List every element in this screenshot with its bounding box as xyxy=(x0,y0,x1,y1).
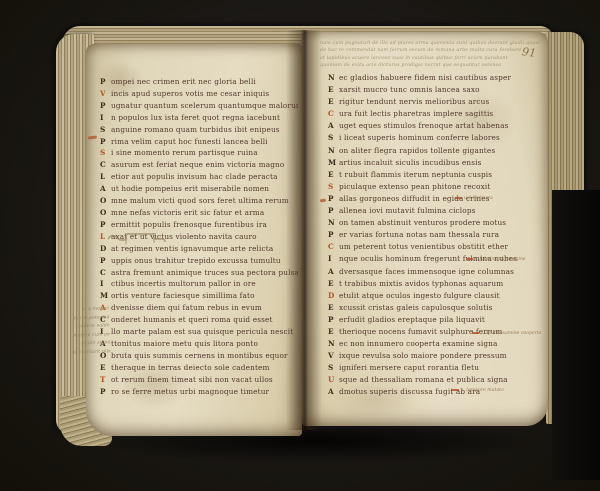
verse-line: Nec non innumero cooperta examine signa xyxy=(328,338,534,350)
line-initial: V xyxy=(100,88,106,100)
verse-line: In populos lux ista feret quot regna iac… xyxy=(100,112,298,124)
line-initial: S xyxy=(100,147,105,159)
verse-line: Casurum est feriat neque enim victoria m… xyxy=(100,159,298,171)
line-initial: A xyxy=(100,183,106,195)
line-text: ugnatur quantum scelerum quantumque malo… xyxy=(111,101,298,110)
line-text: on tamen abstinuit venturos prodere motu… xyxy=(339,218,506,227)
line-text: ec non innumero cooperta examine signa xyxy=(339,339,498,348)
line-text: anguine romano quam turbidus ibit enipeu… xyxy=(111,125,280,134)
verse-line: Pro se ferre metus urbi magnoque timetur xyxy=(100,386,298,398)
line-text: igniferi mersere caput rorantia fletu xyxy=(339,363,479,372)
line-text: ctibus incertis multorum pallor in ore xyxy=(111,279,256,288)
line-initial: P xyxy=(100,255,106,267)
verse-line: Excussit cristas galeis capulosque solut… xyxy=(328,302,534,314)
line-text: asurum est feriat neque enim victoria ma… xyxy=(111,160,284,169)
line-text: allenea iovi mutavit fulmina ciclops xyxy=(339,206,476,215)
verse-line: Vincis apud superos votis me cesar iniqu… xyxy=(100,88,298,100)
verse-line: Mortis venture faciesque simillima fato xyxy=(100,290,298,302)
line-text: rima velim caput hoc funesti lancea bell… xyxy=(111,137,268,146)
verse-line: Auget eques stimulos frenoque artat habe… xyxy=(328,120,534,132)
line-text: theraque in terras deiecto sole cadentem xyxy=(111,363,270,372)
line-text: sque ad thessaliam romana et publica sig… xyxy=(339,375,508,384)
line-initial: E xyxy=(328,96,334,108)
book-cover-sliver xyxy=(552,190,600,480)
line-text: mne malum victi quod sors feret ultima r… xyxy=(111,196,289,205)
line-initial: N xyxy=(328,338,335,350)
line-text: rigitur tendunt nervis melioribus arcus xyxy=(339,97,489,106)
line-text: erfudit gladios ereptaque pila liquavit xyxy=(339,315,485,324)
verse-line: Tot rerum finem timeat sibi non vacat ul… xyxy=(100,374,298,386)
line-text: incis apud superos votis me cesar iniqui… xyxy=(111,89,269,98)
verse-line: Obruta quis summis cernens in montibus e… xyxy=(100,350,298,362)
line-text: ut hodie pompeius erit miserabile nomen xyxy=(111,184,269,193)
line-initial: E xyxy=(328,278,334,290)
line-initial: P xyxy=(100,136,106,148)
line-initial: P xyxy=(100,76,106,88)
line-initial: E xyxy=(328,302,334,314)
line-text: t trabibus mixtis avidos typhonas aquaru… xyxy=(339,279,503,288)
line-initial: T xyxy=(100,374,106,386)
verse-line: Letior aut populis invisum hac clade per… xyxy=(100,171,298,183)
line-initial: P xyxy=(100,219,106,231)
gloss-line: nam cum pugnaturi de illo ad plures arma… xyxy=(320,40,542,47)
verse-line: Prima velim caput hoc funesti lancea bel… xyxy=(100,136,298,148)
line-text: ura fuit lectis pharetras implere sagitt… xyxy=(339,109,493,118)
verse-line: Nec gladios habuere fidem nisi cautibus … xyxy=(328,72,534,84)
line-initial: S xyxy=(100,124,105,136)
line-initial: L xyxy=(100,231,105,243)
gloss-line: et lapidibus acuere lanceas suas in caut… xyxy=(320,55,542,62)
verse-line: Detulit atque oculos ingesto fulgure cla… xyxy=(328,290,534,302)
verse-line: Sanguine romano quam turbidus ibit enipe… xyxy=(100,124,298,136)
verse-line: Martius incaluit siculis incudibus ensis xyxy=(328,157,534,169)
verse-line: Exarsit mucro tunc omnis lancea saxo xyxy=(328,84,534,96)
verse-line: Si sine momento rerum partisque ruina xyxy=(100,147,298,159)
line-initial: E xyxy=(328,326,334,338)
verse-line: Attonitus maiore metu quis litora ponto xyxy=(100,338,298,350)
line-text: ermittit populis frenosque furentibus ir… xyxy=(111,220,267,229)
nota-mark-icon xyxy=(106,229,166,247)
line-initial: E xyxy=(328,169,334,181)
line-initial: C xyxy=(100,267,106,279)
line-text: er varias fortuna notas nam thessala rur… xyxy=(339,230,499,239)
verse-line: Et rubuit flammis iterum neptunia cuspis xyxy=(328,169,534,181)
line-initial: C xyxy=(328,241,334,253)
line-initial: M xyxy=(100,290,108,302)
line-initial: P xyxy=(328,205,334,217)
verse-line: Usque ad thessaliam romana et publica si… xyxy=(328,374,534,386)
verse-line: Pallenea iovi mutavit fulmina ciclops xyxy=(328,205,534,217)
line-initial: N xyxy=(328,72,335,84)
verse-line: Per varias fortuna notas nam thessala ru… xyxy=(328,229,534,241)
margin-note: s. tempore mutato xyxy=(452,388,504,394)
verse-line: Perfudit gladios ereptaque pila liquavit xyxy=(328,314,534,326)
line-initial: L xyxy=(100,171,105,183)
line-text: ompei nec crimen erit nec gloria belli xyxy=(111,77,256,86)
line-text: dversasque faces immensoque igne columna… xyxy=(339,267,514,276)
line-text: artius incaluit siculis incudibus ensis xyxy=(339,158,482,167)
manuscript-photo: 91 nam cum pugnaturi de illo ad plures a… xyxy=(0,0,600,491)
line-text: xarsit mucro tunc omnis lancea saxo xyxy=(339,85,480,94)
line-text: ortis venture faciesque simillima fato xyxy=(111,291,255,300)
line-text: ttonitus maiore metu quis litora ponto xyxy=(111,339,258,348)
verse-line: Puppis onus trahitur trepido excussa tum… xyxy=(100,255,298,267)
line-text: etulit atque oculos ingesto fulgure clau… xyxy=(339,291,500,300)
line-text: ro se ferre metus urbi magnoque timetur xyxy=(111,387,269,396)
line-initial: S xyxy=(328,181,333,193)
verse-line: Omne nefas victoris erit sic fatur et ar… xyxy=(100,207,298,219)
verse-line: Erigitur tendunt nervis melioribus arcus xyxy=(328,96,534,108)
line-text: i sine momento rerum partisque ruina xyxy=(111,148,258,157)
line-initial: O xyxy=(100,195,107,207)
verse-line: Et trabibus mixtis avidos typhonas aquar… xyxy=(328,278,534,290)
line-initial: S xyxy=(328,132,333,144)
line-text: uppis onus trahitur trepido excussa tumu… xyxy=(111,256,281,265)
line-text: dvenisse diem qui fatum rebus in evum xyxy=(111,303,262,312)
verse-line: Advenisse diem qui fatum rebus in evum xyxy=(100,302,298,314)
line-initial: I xyxy=(100,278,104,290)
line-initial: N xyxy=(328,145,335,157)
line-text: onderet humanis et queri roma quid esset xyxy=(111,315,273,324)
line-initial: P xyxy=(100,386,106,398)
margin-note: uel inclinata xyxy=(455,196,493,202)
gloss-line: de hac re commendat nam ferrum secum de … xyxy=(320,47,542,54)
line-initial: V xyxy=(328,350,334,362)
line-text: llo marte palam est sua quisque pericula… xyxy=(111,327,293,336)
verse-line: Non tamen abstinuit venturos prodere mot… xyxy=(328,217,534,229)
line-initial: E xyxy=(100,362,106,374)
line-initial: A xyxy=(328,386,334,398)
line-text: ot rerum finem timeat sibi non vacat ull… xyxy=(111,375,273,384)
verse-line: Pugnatur quantum scelerum quantumque mal… xyxy=(100,100,298,112)
line-text: piculaque extenso pean phitone recoxit xyxy=(339,182,490,191)
line-initial: P xyxy=(328,193,334,205)
verse-line: Spiculaque extenso pean phitone recoxit xyxy=(328,181,534,193)
line-initial: D xyxy=(328,290,334,302)
verse-line: Castra fremunt animique truces sua pecto… xyxy=(100,267,298,279)
line-text: t rubuit flammis iterum neptunia cuspis xyxy=(339,170,492,179)
line-initial: P xyxy=(100,100,106,112)
line-text: uget eques stimulos frenoque artat haben… xyxy=(339,121,509,130)
line-text: ixque revulsa solo maiore pondere pressu… xyxy=(339,351,507,360)
line-text: bruta quis summis cernens in montibus eq… xyxy=(111,351,288,360)
line-initial: I xyxy=(100,112,104,124)
line-initial: M xyxy=(328,157,336,169)
verse-line: Omne malum victi quod sors feret ultima … xyxy=(100,195,298,207)
line-initial: A xyxy=(328,266,334,278)
verse-line: Ictibus incertis multorum pallor in ore xyxy=(100,278,298,290)
line-text: ec gladios habuere fidem nisi cautibus a… xyxy=(339,73,511,82)
verse-line: Aut hodie pompeius erit miserabile nomen xyxy=(100,183,298,195)
line-initial: A xyxy=(328,120,334,132)
verse-line: Si liceat superis hominum conferre labor… xyxy=(328,132,534,144)
line-text: on aliter flegra rapidos tollente gigant… xyxy=(339,146,495,155)
verse-line: Etheraque in terras deiecto sole cadente… xyxy=(100,362,298,374)
line-text: mne nefas victoris erit sic fatur et arm… xyxy=(111,208,264,217)
left-margin-gloss: s. q magnafuerit potentiacadere valdemai… xyxy=(63,305,111,358)
gloss-line: quoniam de exitu acie dicturus prodigia … xyxy=(320,62,542,69)
verse-line: Pompei nec crimen erit nec gloria belli xyxy=(100,76,298,88)
verse-line: Pallas gorgoneos diffudit in egida crine… xyxy=(328,193,534,205)
verse-line: Signiferi mersere caput rorantia fletu xyxy=(328,362,534,374)
line-text: xcussit cristas galeis capulosque soluti… xyxy=(339,303,493,312)
line-initial: P xyxy=(328,229,334,241)
right-page-text: Nec gladios habuere fidem nisi cautibus … xyxy=(328,72,534,402)
line-initial: P xyxy=(328,314,334,326)
line-initial: U xyxy=(328,374,335,386)
line-initial: E xyxy=(328,84,334,96)
verse-line: Cura fuit lectis pharetras implere sagit… xyxy=(328,108,534,120)
line-text: etior aut populis invisum hac clade pera… xyxy=(111,172,278,181)
verse-line: Adversasque faces immensoque igne column… xyxy=(328,266,534,278)
line-initial: S xyxy=(328,362,333,374)
line-text: astra fremunt animique truces sua pector… xyxy=(111,268,298,277)
gloss-line: ut corruant plis xyxy=(65,348,111,358)
verse-line: Vixque revulsa solo maiore pondere press… xyxy=(328,350,534,362)
line-initial: C xyxy=(100,159,106,171)
line-text: i liceat superis hominum conferre labore… xyxy=(339,133,500,142)
line-initial: C xyxy=(328,108,334,120)
line-initial: N xyxy=(328,217,335,229)
verse-line: Non aliter flegra rapidos tollente gigan… xyxy=(328,145,534,157)
margin-note: i. fulminandi ymagine xyxy=(466,257,526,263)
line-text: n populos lux ista feret quot regna iace… xyxy=(111,113,280,122)
line-text: um peterent totus venientibus obstitit e… xyxy=(339,242,508,251)
recto-top-gloss: nam cum pugnaturi de illo ad plures arma… xyxy=(320,40,542,70)
line-initial: I xyxy=(328,253,332,265)
margin-note: i. apum examine cooperta xyxy=(472,331,541,337)
verse-line: Conderet humanis et queri roma quid esse… xyxy=(100,314,298,326)
verse-line: Cum peterent totus venientibus obstitit … xyxy=(328,241,534,253)
line-initial: O xyxy=(100,207,107,219)
verse-line: Illo marte palam est sua quisque pericul… xyxy=(100,326,298,338)
